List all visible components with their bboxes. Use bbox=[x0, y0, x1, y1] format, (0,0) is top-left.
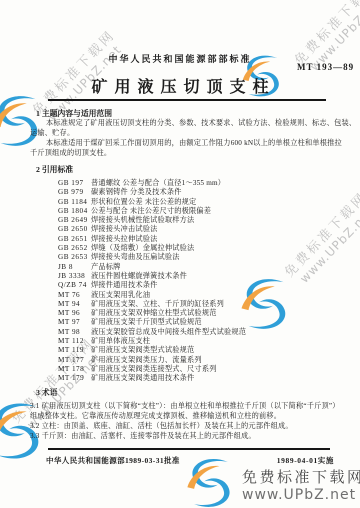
standard-title: 液压件圆柱螺旋弹簧技术条件 bbox=[91, 272, 187, 280]
standard-title: 矿用单体液压支柱 bbox=[91, 337, 150, 345]
body-line: 3.3 千斤顶：由油缸、活塞杆、连接零部件及装在其上的元部件组成。 bbox=[30, 432, 342, 442]
standard-title: 矿用液压支架双伸缩立柱型式试验规范 bbox=[91, 309, 217, 317]
section-references: 2 引用标准 GB 197普通螺纹 公差与配合（直径1～355 mm） GB 9… bbox=[30, 164, 342, 384]
standard-title: 矿用液压支架阀类型式试验规范 bbox=[91, 346, 194, 354]
standard-title: 焊接接头冲击试验法 bbox=[91, 225, 158, 233]
standard-title: 矿用液压支架千斤顶型式试验规范 bbox=[91, 318, 202, 326]
standard-title: 矿用液压支架阀类压力、流量系列 bbox=[91, 356, 202, 364]
standard-number: MT 193—89 bbox=[297, 62, 354, 72]
standard-code: GB 2649 bbox=[58, 216, 91, 225]
standard-title: 焊接接头机械性能试验取样方法 bbox=[91, 216, 194, 224]
standard-title: 焊接接头弯曲及压扁试验法 bbox=[91, 253, 180, 261]
standard-code: MT 179 bbox=[58, 374, 91, 383]
standard-title: 矿用液压支架阀类通用技术条件 bbox=[91, 374, 194, 382]
approval-text: 中华人民共和国能源部1989-03-31批准 bbox=[46, 455, 180, 466]
reference-standard-item: GB 979碳素钢铸件 分类及技术条件 bbox=[58, 188, 342, 197]
standard-code: MT 112 bbox=[58, 337, 91, 346]
reference-standard-item: GB 197普通螺纹 公差与配合（直径1～355 mm） bbox=[58, 179, 342, 188]
standard-code: MT 98 bbox=[58, 328, 91, 337]
reference-standard-item: MT 112矿用单体液压支柱 bbox=[58, 337, 342, 346]
footer-site-name: 免费标准下载网 bbox=[242, 466, 360, 487]
reference-standard-item: MT 76液压支架用乳化油 bbox=[58, 291, 342, 300]
reference-standard-item: MT 94矿用液压支架、立柱、千斤顶的缸径系列 bbox=[58, 300, 342, 309]
body-line: 3.2 立柱：由顶盖、底座、油缸、活柱（包括加长杆）及装在其上的元部件组成。 bbox=[30, 422, 342, 432]
standard-code: MT 97 bbox=[58, 318, 91, 327]
standard-code: MT 177 bbox=[58, 356, 91, 365]
standard-title: 液压支架用乳化油 bbox=[91, 291, 150, 299]
standard-title: 形状和位置公差 未注公差的规定 bbox=[91, 198, 196, 206]
reference-standard-item: GB 2651焊接接头拉伸试验法 bbox=[58, 235, 342, 244]
reference-standard-item: GB 1184形状和位置公差 未注公差的规定 bbox=[58, 198, 342, 207]
reference-standard-item: MT 119矿用液压支架阀类型式试验规范 bbox=[58, 346, 342, 355]
standard-title: 液压支架胶管总成及中间接头组件型式试验规范 bbox=[91, 328, 246, 336]
footer-rule bbox=[48, 448, 330, 450]
section-terms: 3 术语 3.1 矿用液压切顶支柱（以下简称“支柱”）：由单根立柱和单根推拉千斤… bbox=[30, 387, 342, 442]
standard-title: 焊接件通用技术条件 bbox=[91, 281, 158, 289]
standard-code: GB 2653 bbox=[58, 253, 91, 262]
reference-standard-item: GB 2650焊接接头冲击试验法 bbox=[58, 225, 342, 234]
section1-heading: 1 主题内容与适用范围 bbox=[36, 108, 342, 119]
reference-standard-item: Q/ZB 74焊接件通用技术条件 bbox=[58, 281, 342, 290]
reference-standard-item: GB 1804公差与配合 未注公差尺寸的极限偏差 bbox=[58, 207, 342, 216]
standard-title: 矿用液压支架阀类连接型式、尺寸系列 bbox=[91, 365, 217, 373]
standard-code: GB 979 bbox=[58, 188, 91, 197]
body-line: 组成整体支柱。它靠液压传动原理完成支撑顶板、推移输送机和立柱的前移。 bbox=[30, 412, 342, 422]
standard-code: Q/ZB 74 bbox=[58, 281, 91, 290]
body-line: 本标准适用于煤矿回采工作面切顶用的，由额定工作阻力600 kN以上的单根立柱和单… bbox=[30, 139, 342, 149]
reference-standard-item: GB 2653焊接接头弯曲及压扁试验法 bbox=[58, 253, 342, 262]
reference-standard-item: GB 2652焊缝（及熔敷）金属拉伸试验法 bbox=[58, 244, 342, 253]
reference-standard-list: GB 197普通螺纹 公差与配合（直径1～355 mm） GB 979碳素钢铸件… bbox=[30, 179, 342, 384]
standard-title: 焊接接头拉伸试验法 bbox=[91, 235, 158, 243]
standard-code: MT 96 bbox=[58, 309, 91, 318]
body-line: 本标准规定了矿用液压切顶支柱的分类、参数、技术要求、试验方法、检验规则、标志、包… bbox=[30, 119, 342, 129]
section-scope: 1 主题内容与适用范围 本标准规定了矿用液压切顶支柱的分类、参数、技术要求、试验… bbox=[30, 108, 342, 159]
reference-standard-item: MT 178矿用液压支架阀类连接型式、尺寸系列 bbox=[58, 365, 342, 374]
standard-title: 碳素钢铸件 分类及技术条件 bbox=[91, 188, 182, 196]
standard-title: 公差与配合 未注公差尺寸的极限偏差 bbox=[91, 207, 211, 215]
standard-code: GB 2650 bbox=[58, 225, 91, 234]
standard-code: MT 119 bbox=[58, 346, 91, 355]
body-line: 千斤顶组成的切顶支柱。 bbox=[30, 149, 342, 159]
standard-code: GB 1184 bbox=[58, 198, 91, 207]
standard-title: 焊缝（及熔敷）金属拉伸试验法 bbox=[91, 244, 194, 252]
section2-heading: 2 引用标准 bbox=[36, 164, 342, 175]
standard-title: 产品标牌 bbox=[91, 263, 121, 271]
standard-code: GB 2652 bbox=[58, 244, 91, 253]
implementation-text: 1989-04-01实施 bbox=[277, 455, 334, 466]
body-line: 运输、贮存。 bbox=[30, 129, 342, 139]
footer-site-url: www.UPbZ.net bbox=[242, 487, 360, 503]
reference-standard-item: MT 98液压支架胶管总成及中间接头组件型式试验规范 bbox=[58, 328, 342, 337]
document-title: 矿用液压切顶支柱 bbox=[0, 74, 360, 97]
reference-standard-item: MT 97矿用液压支架千斤顶型式试验规范 bbox=[58, 318, 342, 327]
body-line: 3.1 矿用液压切顶支柱（以下简称“支柱”）：由单根立柱和单根推拉千斤顶（以下简… bbox=[30, 402, 342, 412]
standard-title: 普通螺纹 公差与配合（直径1～355 mm） bbox=[91, 179, 225, 187]
standard-code: JB 3338 bbox=[58, 272, 91, 281]
standard-code: GB 1804 bbox=[58, 207, 91, 216]
reference-standard-item: JB 3338液压件圆柱螺旋弹簧技术条件 bbox=[58, 272, 342, 281]
header-rule bbox=[48, 99, 326, 101]
standard-code: JB 8 bbox=[58, 263, 91, 272]
standard-code: MT 178 bbox=[58, 365, 91, 374]
standard-code: MT 76 bbox=[58, 291, 91, 300]
standard-code: GB 197 bbox=[58, 179, 91, 188]
upbz-logo-icon bbox=[184, 456, 238, 508]
standard-code: MT 94 bbox=[58, 300, 91, 309]
reference-standard-item: JB 8产品标牌 bbox=[58, 263, 342, 272]
standard-code: GB 2651 bbox=[58, 235, 91, 244]
document-page: 免费标准下载网 www.UPbZ.net 免费标准下载网 www.UPbZ.ne… bbox=[0, 0, 360, 508]
reference-standard-item: MT 179矿用液压支架阀类通用技术条件 bbox=[58, 374, 342, 383]
footer-site-brand: 免费标准下载网 www.UPbZ.net bbox=[242, 466, 360, 503]
section3-heading: 3 术语 bbox=[36, 387, 342, 398]
reference-standard-item: MT 177矿用液压支架阀类压力、流量系列 bbox=[58, 356, 342, 365]
standard-title: 矿用液压支架、立柱、千斤顶的缸径系列 bbox=[91, 300, 224, 308]
